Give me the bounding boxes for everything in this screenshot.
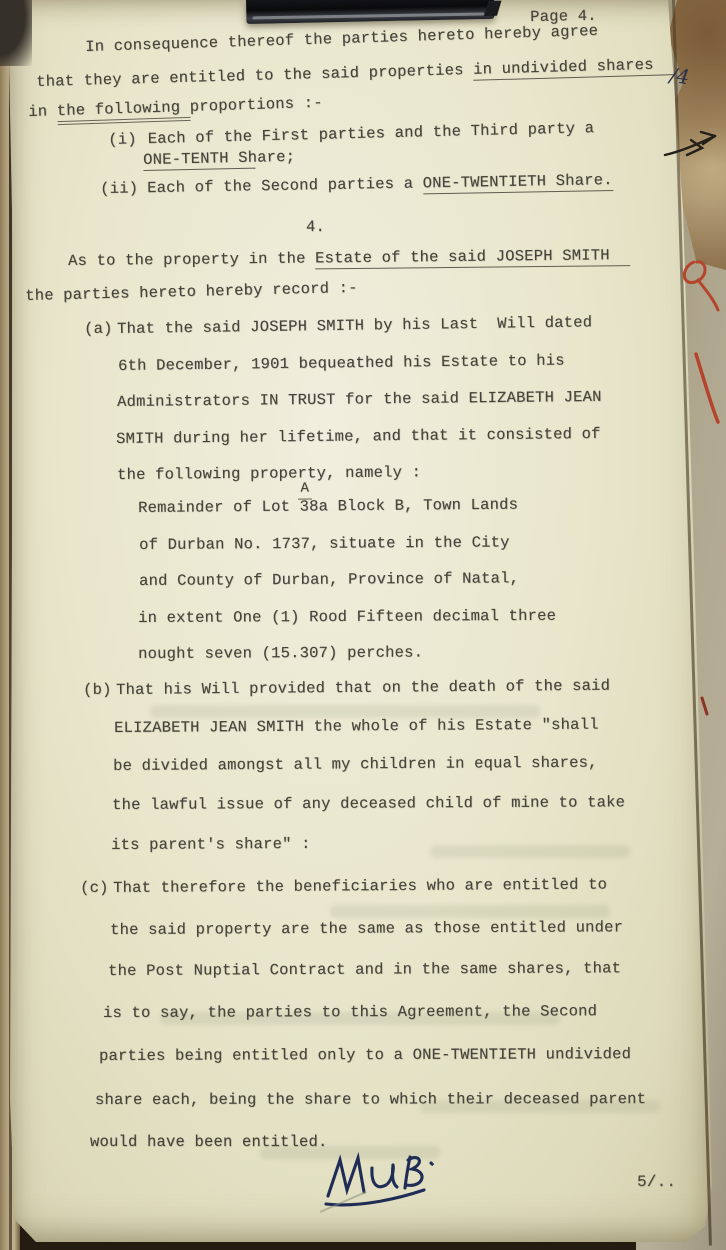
clause-b-line: the lawful issue of any deceased child o… <box>112 793 625 815</box>
property-line: and County of Durban, Province of Natal, <box>139 569 519 591</box>
clause-a-line: Administrators IN TRUST for the said ELI… <box>117 388 602 412</box>
property-line-1: Remainder of Lot A38a Block B, Town Land… <box>138 496 518 519</box>
item-ii-post: . <box>603 171 613 189</box>
item-i-marker: (i) <box>108 130 137 149</box>
clause-c-line: would have been entitled. <box>90 1133 328 1152</box>
handwritten-fraction-mark: /4 <box>668 63 691 89</box>
bleed-smudge <box>430 845 630 858</box>
property-pre: Remainder of Lot <box>138 498 300 517</box>
document-page: Page 4. In consequence thereof the parti… <box>0 0 726 1250</box>
intro-line-3-post: proportions :- <box>180 94 323 116</box>
clause-b-marker: (b) <box>83 681 112 701</box>
list-item-ii: (ii)Each of the Second parties a ONE-TWE… <box>100 171 613 199</box>
item-ii-pre: Each of the Second parties a <box>147 174 423 197</box>
underlined-phrase: Estate of the said JOSEPH SMITH <box>315 246 630 269</box>
dark-corner-shadow <box>0 0 32 66</box>
clause-c-line: the said property are the same as those … <box>110 918 623 940</box>
underlined-phrase: in undivided shares <box>473 55 674 81</box>
clause-a-line: That the said JOSEPH SMITH by his Last W… <box>117 313 592 339</box>
property-line: of Durban No. 1737, situate in the City <box>139 533 510 555</box>
list-item-i: (i)Each of the First parties and the Thi… <box>108 119 594 150</box>
clause-c-line: That therefore the beneficiaries who are… <box>113 876 607 899</box>
typed-insertion: A <box>297 480 312 499</box>
clause-b-line: That his Will provided that on the death… <box>116 677 610 701</box>
underlined-phrase: the following <box>57 98 191 125</box>
clause-a-line: 6th December, 1901 bequeathed his Estate… <box>118 352 565 377</box>
initials-signature <box>318 1150 450 1216</box>
pen-arrow-mark <box>662 124 726 166</box>
item-ii-marker: (ii) <box>100 179 138 198</box>
property-post: Block B, Town Lands <box>328 496 518 516</box>
clause-b-line: its parent's share" : <box>111 835 311 855</box>
clause-c-line: share each, being the share to which the… <box>95 1090 646 1110</box>
list-item-i-cont: ONE-TENTH Share; <box>143 148 295 171</box>
clause-a-marker: (a) <box>84 320 113 340</box>
intro-line-3-pre: in <box>28 102 57 121</box>
section-intro-line-1: As to the property in the Estate of the … <box>68 246 610 271</box>
lot-number-text: 38a <box>300 497 329 515</box>
section-intro-pre: As to the property in the <box>68 249 315 270</box>
intro-line-3: in the following proportions :- <box>28 94 323 123</box>
clause-c-line: parties being entitled only to a ONE-TWE… <box>99 1045 631 1066</box>
item-i-cont-rest: Share; <box>228 148 295 167</box>
clause-b-line: ELIZABETH JEAN SMITH the whole of his Es… <box>114 716 599 739</box>
clause-a-line: the following property, namely : <box>117 463 421 485</box>
photo-background: Page 4. In consequence thereof the parti… <box>0 0 726 1250</box>
bleed-smudge <box>330 905 610 918</box>
item-i-text: Each of the First parties and the Third … <box>148 119 595 148</box>
clause-c-line: the Post Nuptial Contract and in the sam… <box>108 959 621 981</box>
clause-c-marker: (c) <box>80 879 109 899</box>
section-intro-line-2: the parties hereto hereby record :- <box>25 279 358 306</box>
property-line: nought seven (15.307) perches. <box>138 644 423 665</box>
property-line: in extent One (1) Rood Fifteen decimal t… <box>138 607 556 629</box>
lot-number: A38a <box>300 497 329 515</box>
intro-line-2-text: that they are entitled to the said prope… <box>36 61 473 91</box>
clause-a-line: SMITH during her lifetime, and that it c… <box>116 425 601 449</box>
intro-line-2: that they are entitled to the said prope… <box>36 56 654 93</box>
section-number: 4. <box>306 218 325 237</box>
intro-line-1: In consequence thereof the parties heret… <box>85 22 598 57</box>
continuation-mark: 5/.. <box>637 1172 676 1192</box>
red-ink-marks <box>678 250 726 730</box>
underlined-phrase: ONE-TWENTIETH Share <box>423 171 614 194</box>
clause-c-line: is to say, the parties to this Agreement… <box>103 1002 597 1023</box>
clause-b-line: be divided amongst all my children in eq… <box>113 754 598 777</box>
